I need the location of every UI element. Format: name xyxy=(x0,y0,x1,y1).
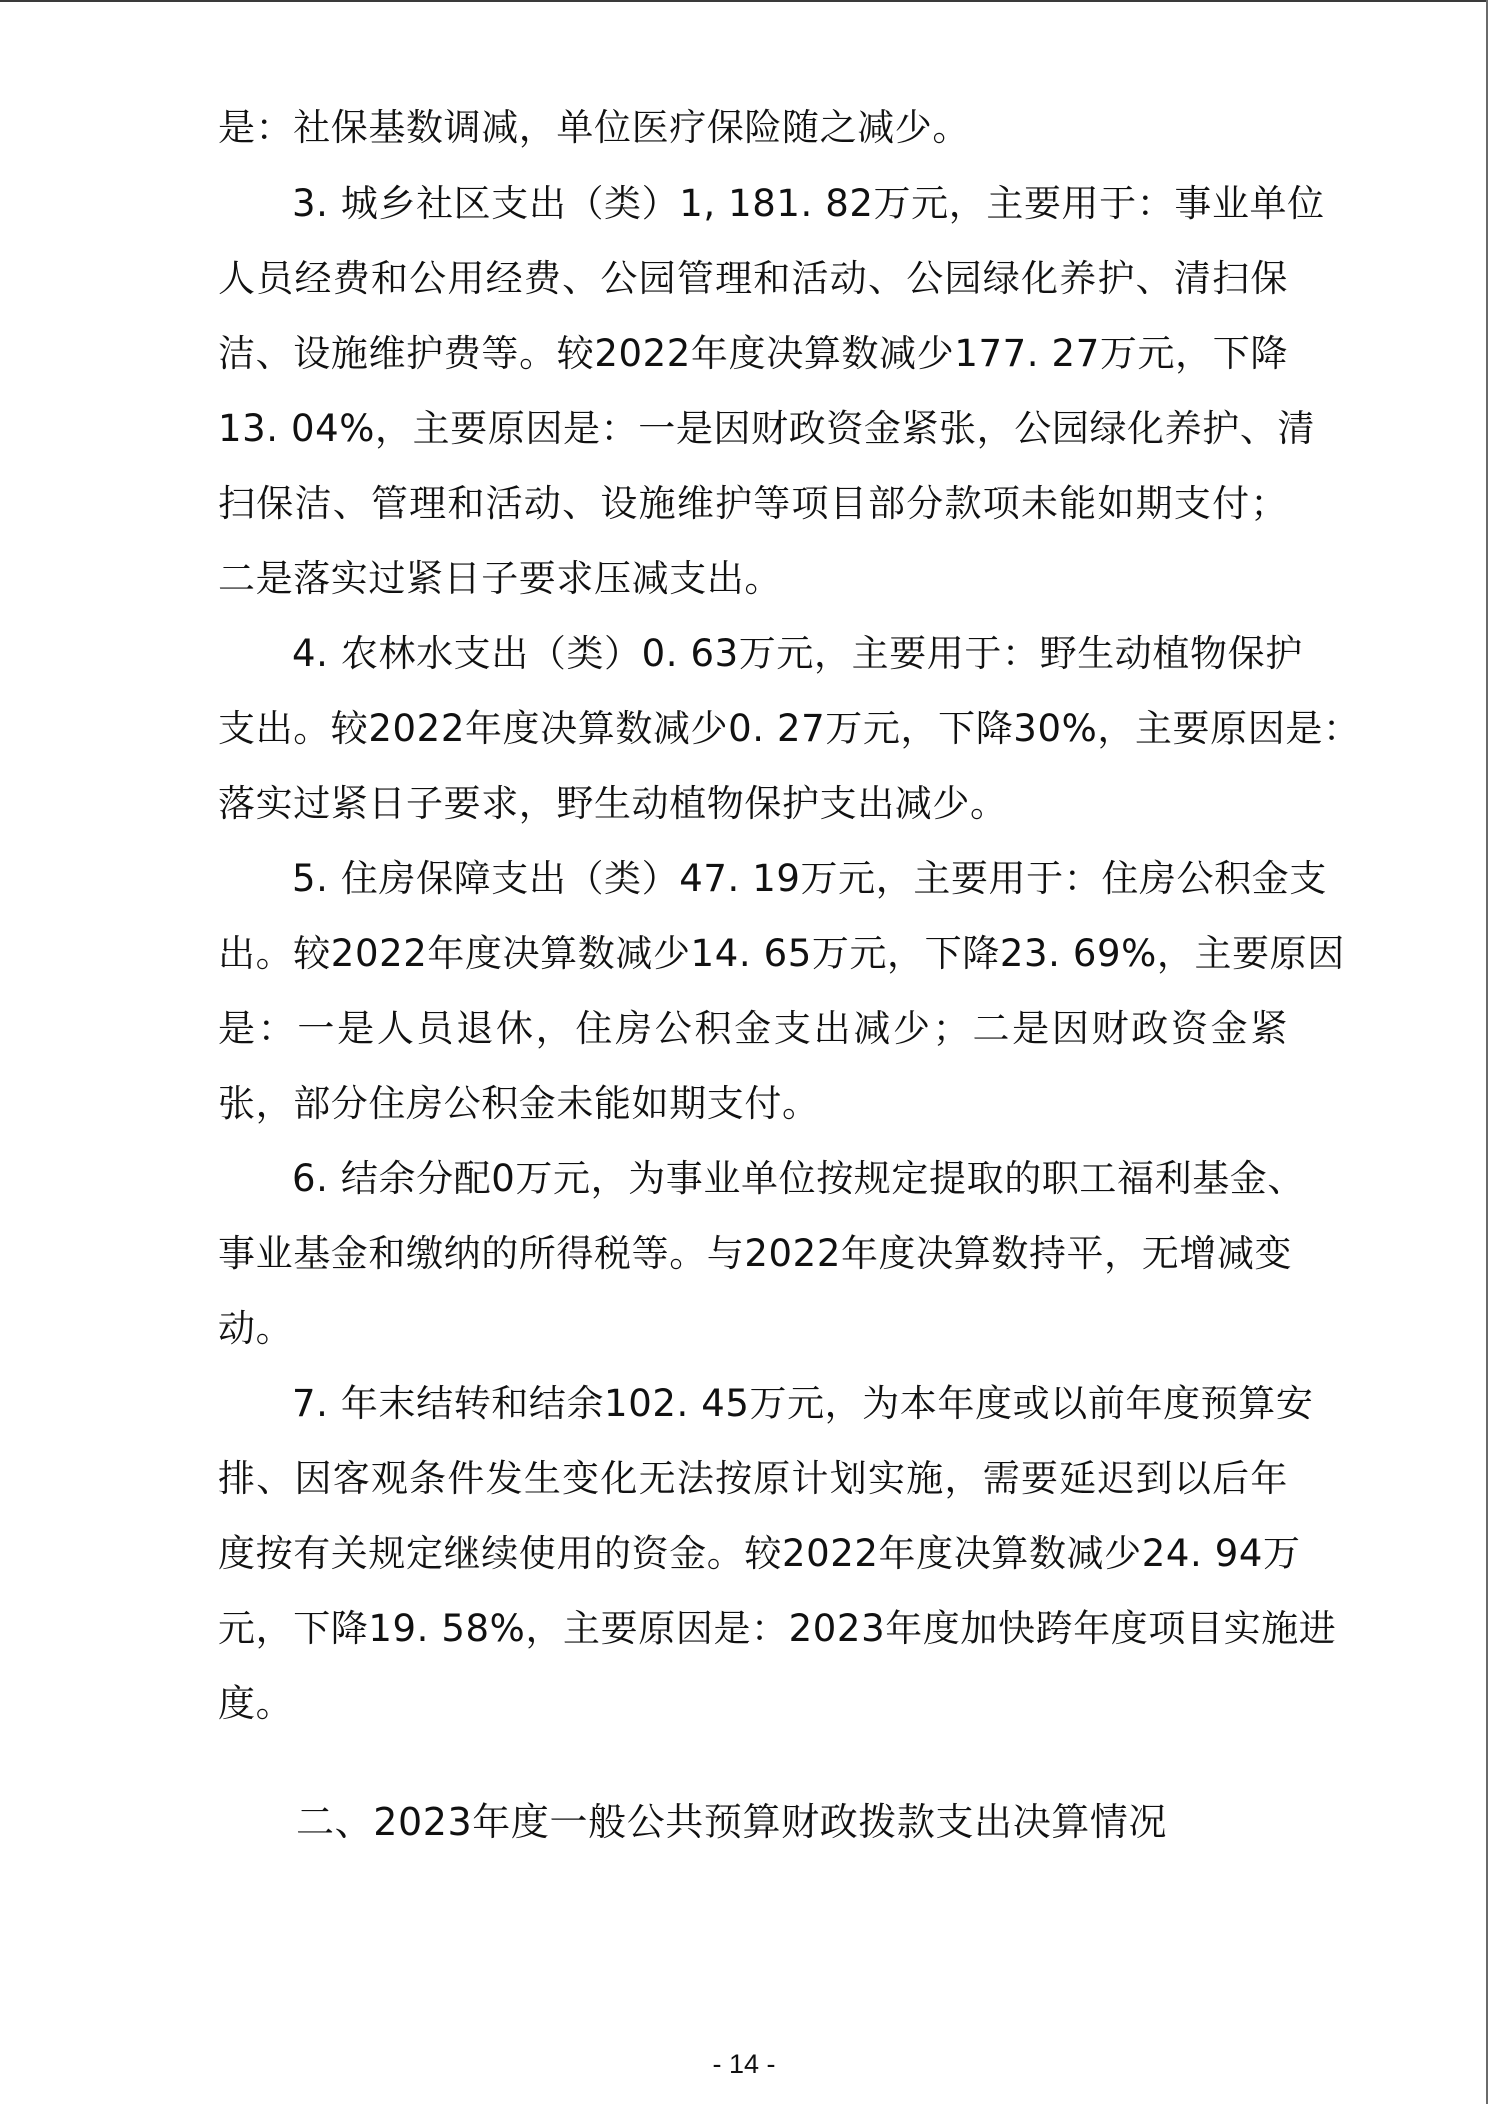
text-line: 二是落实过紧日子要求压减支出。 xyxy=(218,549,1288,609)
text-line: 13. 04%，主要原因是：一是因财政资金紧张，公园绿化养护、清 xyxy=(218,399,1288,459)
text-line: 3. 城乡社区支出（类）1, 181. 82万元，主要用于：事业单位 xyxy=(292,174,1288,234)
text-line: 排、因客观条件发生变化无法按原计划实施，需要延迟到以后年 xyxy=(218,1449,1288,1509)
text-line: 动。 xyxy=(218,1299,1288,1359)
text-line: 出。较2022年度决算数减少14. 65万元，下降23. 69%，主要原因 xyxy=(218,924,1288,984)
text-line: 5. 住房保障支出（类）47. 19万元，主要用于：住房公积金支 xyxy=(292,849,1288,909)
text-line: 4. 农林水支出（类）0. 63万元，主要用于：野生动植物保护 xyxy=(292,624,1288,684)
section-heading: 二、2023年度一般公共预算财政拨款支出决算情况 xyxy=(296,1790,1167,1854)
page-number: - 14 - xyxy=(0,2046,1488,2082)
text-line: 落实过紧日子要求，野生动植物保护支出减少。 xyxy=(218,774,1288,834)
text-line: 支出。较2022年度决算数减少0. 27万元，下降30%，主要原因是： xyxy=(218,699,1288,759)
text-line: 是：一是人员退休，住房公积金支出减少；二是因财政资金紧 xyxy=(218,999,1288,1059)
text-line: 张，部分住房公积金未能如期支付。 xyxy=(218,1074,1288,1134)
text-line: 元，下降19. 58%，主要原因是：2023年度加快跨年度项目实施进 xyxy=(218,1599,1288,1659)
text-line: 事业基金和缴纳的所得税等。与2022年度决算数持平，无增减变 xyxy=(218,1224,1288,1284)
text-line: 度按有关规定继续使用的资金。较2022年度决算数减少24. 94万 xyxy=(218,1524,1288,1584)
page-border-top xyxy=(0,0,1488,2)
text-line: 洁、设施维护费等。较2022年度决算数减少177. 27万元，下降 xyxy=(218,324,1288,384)
text-line: 扫保洁、管理和活动、设施维护等项目部分款项未能如期支付； xyxy=(218,474,1288,534)
text-line: 7. 年末结转和结余102. 45万元，为本年度或以前年度预算安 xyxy=(292,1374,1288,1434)
text-line: 6. 结余分配0万元，为事业单位按规定提取的职工福利基金、 xyxy=(292,1149,1288,1209)
text-line: 人员经费和公用经费、公园管理和活动、公园绿化养护、清扫保 xyxy=(218,249,1288,309)
text-line: 是：社保基数调减，单位医疗保险随之减少。 xyxy=(218,98,1288,158)
text-line: 度。 xyxy=(218,1674,1288,1734)
